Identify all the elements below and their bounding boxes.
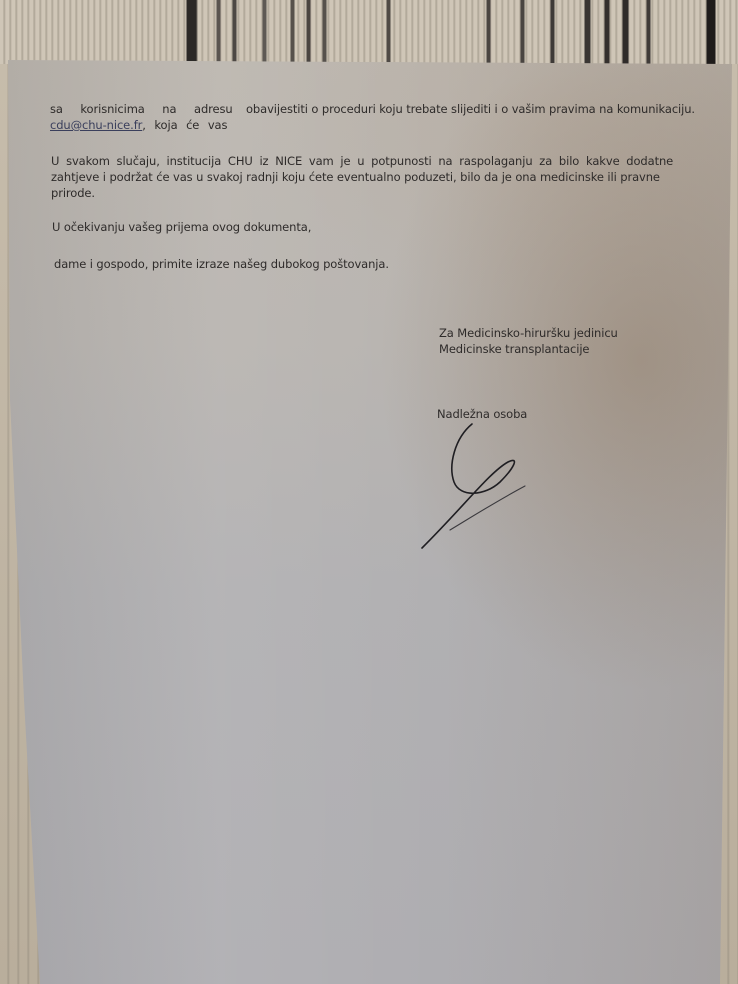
paragraph-3: U očekivanju vašeg prijema ovog dokument…	[52, 219, 311, 235]
paragraph-2-line-3: prirode.	[51, 185, 95, 201]
email-link[interactable]: cdu@chu-nice.fr	[50, 118, 142, 132]
paper-sheet	[0, 0, 738, 984]
paragraph-1-line-1-right: obavijestiti o proceduri koju trebate sl…	[246, 101, 695, 117]
paragraph-1-line-2-rest: , koja će vas	[142, 118, 227, 132]
paragraph-2-line-1: U svakom slučaju, institucija CHU iz NIC…	[51, 153, 673, 169]
sender-line-2: Medicinske transplantacije	[439, 341, 589, 357]
sender-line-1: Za Medicinsko-hiruršku jedinicu	[439, 325, 618, 341]
striped-fabric-background	[0, 0, 738, 64]
signature-icon	[410, 420, 540, 560]
closing-salutation: dame i gospodo, primite izraze našeg dub…	[54, 256, 389, 272]
paragraph-1-line-1-left: sa korisnicima na adresu	[50, 101, 233, 117]
paragraph-1-line-2: cdu@chu-nice.fr, koja će vas	[50, 117, 227, 133]
paragraph-2-line-2: zahtjeve i podržat će vas u svakoj radnj…	[51, 169, 660, 185]
